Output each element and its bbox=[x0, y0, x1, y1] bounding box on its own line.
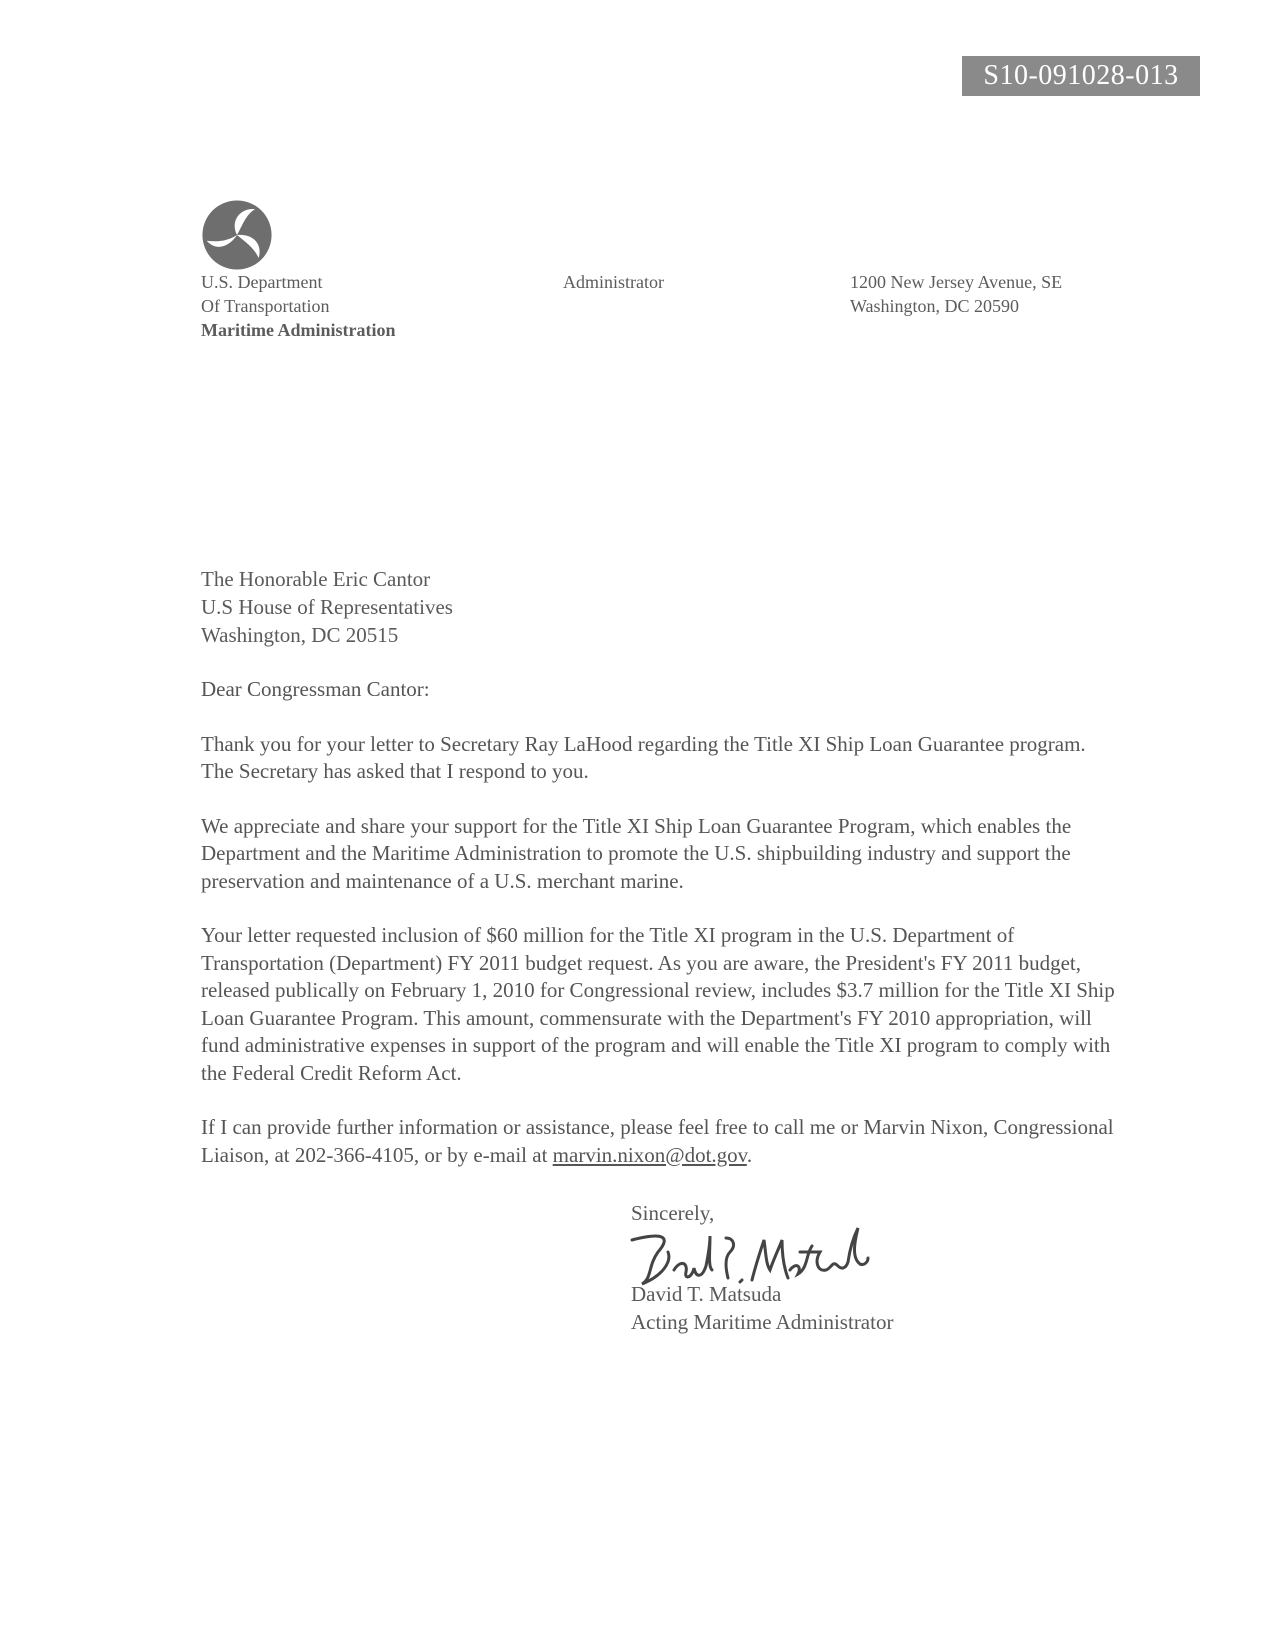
signer-title: Acting Maritime Administrator bbox=[631, 1308, 893, 1336]
letterhead-address: 1200 New Jersey Avenue, SE Washington, D… bbox=[850, 270, 1062, 318]
dot-triskelion-logo-icon bbox=[201, 199, 273, 271]
paragraph-budget: Your letter requested inclusion of $60 m… bbox=[201, 922, 1121, 1087]
paragraph-contact: If I can provide further information or … bbox=[201, 1114, 1121, 1169]
letterhead-office: Administrator bbox=[563, 270, 664, 294]
addressee-office: U.S House of Representatives bbox=[201, 593, 453, 621]
document-id-stamp: S10-091028-013 bbox=[962, 56, 1200, 96]
address-street: 1200 New Jersey Avenue, SE bbox=[850, 270, 1062, 294]
org-line-department: U.S. Department bbox=[201, 270, 395, 294]
org-line-transportation: Of Transportation bbox=[201, 294, 395, 318]
contact-suffix: . bbox=[747, 1143, 752, 1167]
letterhead-organization: U.S. Department Of Transportation Mariti… bbox=[201, 270, 395, 342]
addressee-city: Washington, DC 20515 bbox=[201, 621, 453, 649]
addressee-name: The Honorable Eric Cantor bbox=[201, 565, 453, 593]
contact-email-link[interactable]: marvin.nixon@dot.gov bbox=[553, 1143, 747, 1167]
letter-body: Dear Congressman Cantor: Thank you for y… bbox=[201, 676, 1121, 1196]
salutation: Dear Congressman Cantor: bbox=[201, 676, 1121, 704]
signer-name: David T. Matsuda bbox=[631, 1280, 893, 1308]
addressee-block: The Honorable Eric Cantor U.S House of R… bbox=[201, 565, 453, 649]
signer-block: David T. Matsuda Acting Maritime Adminis… bbox=[631, 1280, 893, 1336]
paragraph-thanks: Thank you for your letter to Secretary R… bbox=[201, 731, 1121, 786]
org-line-maritime: Maritime Administration bbox=[201, 318, 395, 342]
paragraph-support: We appreciate and share your support for… bbox=[201, 813, 1121, 896]
address-city: Washington, DC 20590 bbox=[850, 294, 1062, 318]
